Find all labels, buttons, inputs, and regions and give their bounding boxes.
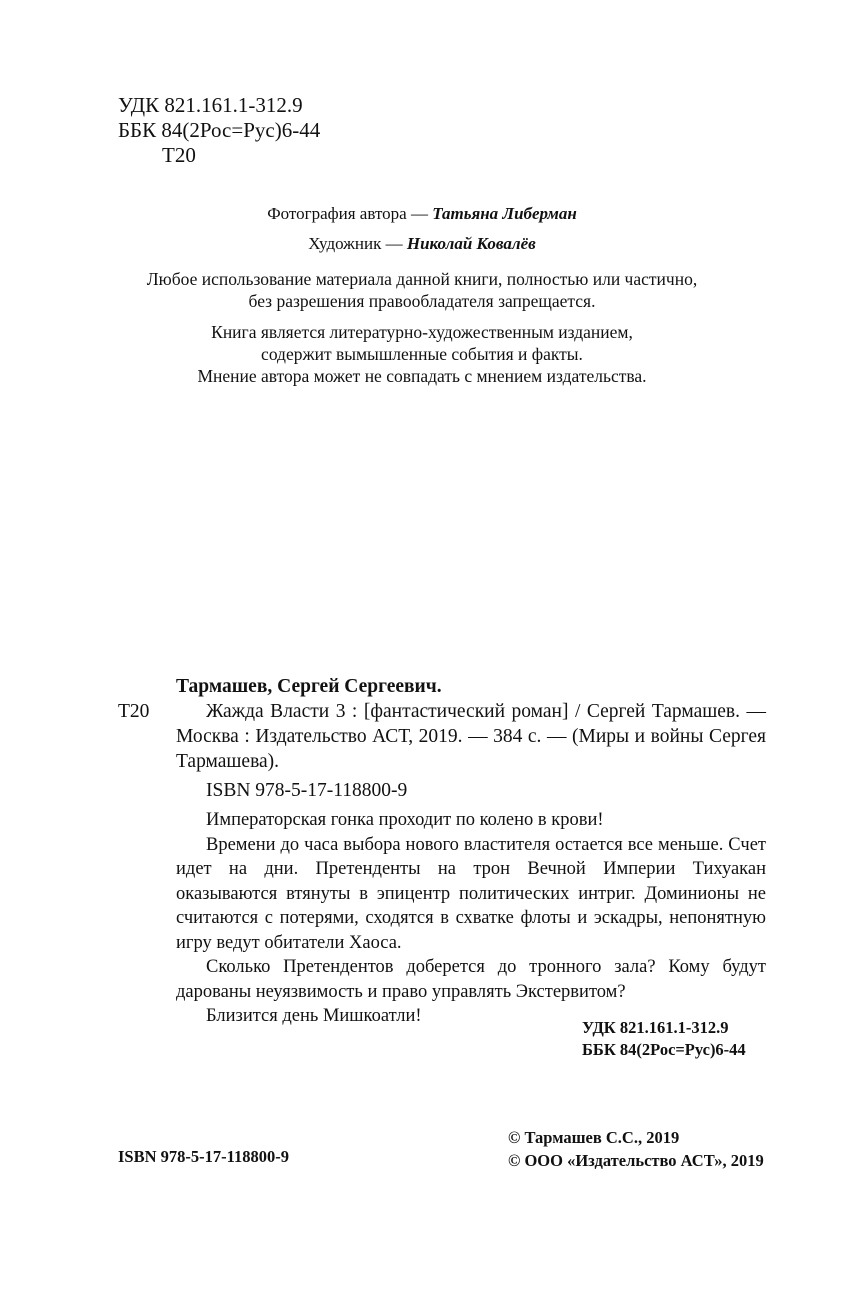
footer-codes: УДК 821.161.1-312.9 ББК 84(2Рос=Рус)6-44 — [582, 1017, 746, 1061]
copyright-publisher: © ООО «Издательство АСТ», 2019 — [508, 1149, 764, 1172]
notice-line: содержит вымышленные события и факты. — [0, 343, 844, 365]
annotation-paragraph: Императорская гонка проходит по колено в… — [176, 808, 766, 833]
footer-isbn: ISBN 978-5-17-118800-9 — [118, 1147, 289, 1167]
photo-credit: Фотография автора — Татьяна Либерман — [0, 203, 844, 225]
author-mark: Т20 — [118, 143, 320, 168]
rights-line: без разрешения правообладателя запрещает… — [0, 290, 844, 312]
artist-credit-label: Художник — — [308, 234, 407, 253]
footer-bbk: ББК 84(2Рос=Рус)6-44 — [582, 1039, 746, 1061]
artist-credit: Художник — Николай Ковалёв — [0, 233, 844, 255]
bbk-code: ББК 84(2Рос=Рус)6-44 — [118, 118, 320, 143]
footer-udk: УДК 821.161.1-312.9 — [582, 1017, 746, 1039]
annotation-paragraph: Времени до часа выбора нового властителя… — [176, 833, 766, 956]
artist-name: Николай Ковалёв — [407, 234, 536, 253]
rights-line: Любое использование материала данной кни… — [0, 268, 844, 290]
annotation-paragraph: Сколько Претендентов доберется до тронно… — [176, 955, 766, 1004]
catalog-entry: Жажда Власти 3 : [фантастический роман] … — [176, 699, 766, 774]
photographer-name: Татьяна Либерман — [432, 204, 577, 223]
copyright-author: © Тармашев С.С., 2019 — [508, 1126, 764, 1149]
udk-code: УДК 821.161.1-312.9 — [118, 93, 320, 118]
catalog-author: Тармашев, Сергей Сергеевич. — [176, 674, 766, 699]
catalog-record: Тармашев, Сергей Сергеевич. Т20 Жажда Вл… — [118, 674, 766, 803]
notice-line: Книга является литературно-художественны… — [0, 321, 844, 343]
annotation: Императорская гонка проходит по колено в… — [176, 808, 766, 1029]
catalog-code: Т20 — [118, 699, 149, 724]
copyright-block: © Тармашев С.С., 2019 © ООО «Издательств… — [508, 1126, 764, 1172]
rights-notice: Любое использование материала данной кни… — [0, 268, 844, 312]
classification-codes: УДК 821.161.1-312.9 ББК 84(2Рос=Рус)6-44… — [118, 93, 320, 168]
notice-line: Мнение автора может не совпадать с мнени… — [0, 365, 844, 387]
fiction-notice: Книга является литературно-художественны… — [0, 321, 844, 387]
catalog-isbn: ISBN 978-5-17-118800-9 — [206, 778, 766, 803]
photo-credit-label: Фотография автора — — [267, 204, 432, 223]
